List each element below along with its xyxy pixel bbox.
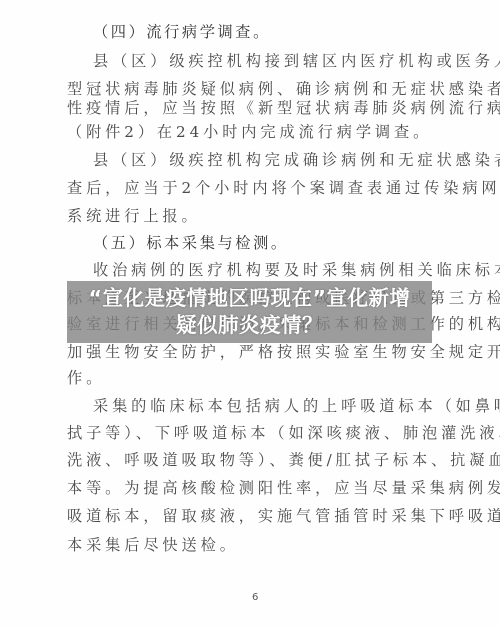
- paragraph-line: 收治病例的医疗机构要及时采集病例相关临床标本，尽快将: [93, 260, 445, 280]
- paragraph-line: 本等。为提高核酸检测阳性率，应当尽量采集病例发病早期的呼: [67, 478, 445, 498]
- paragraph-line: 吸道标本，留取痰液，实施气管插管时采集下呼吸道分泌物，标: [67, 506, 445, 526]
- paragraph-line: 洗液、呼吸道吸取物等）、粪便/肛拭子标本、抗凝血和血清标: [67, 450, 445, 470]
- paragraph-line: 本采集后尽快送检。: [67, 535, 445, 555]
- section-heading: （五）标本采集与检测。: [93, 233, 445, 253]
- paragraph-line: 作。: [67, 368, 445, 388]
- paragraph-line: 县（区）级疾控机构接到辖区内医疗机构或医务人员报告新: [93, 51, 445, 71]
- paragraph-line: 性疫情后，应当按照《新型冠状病毒肺炎病例流行病学调查方案》: [67, 98, 445, 118]
- paragraph-line: （附件2）在24小时内完成流行病学调查。: [67, 122, 445, 142]
- paragraph-line: 系统进行上报。: [67, 206, 445, 226]
- headline-title-line-1: “宣化是疫情地区吗现在”宣化新增: [67, 285, 432, 312]
- paragraph-line: 县（区）级疾控机构完成确诊病例和无症状感染者的个案调: [93, 150, 445, 170]
- paragraph-line: 查后，应当于2个小时内将个案调查表通过传染病网络报告信息: [67, 178, 445, 198]
- page-number: 6: [252, 592, 258, 603]
- section-heading: （四）流行病学调查。: [93, 22, 445, 42]
- paragraph-line: 拭子等）、下呼吸道标本（如深咳痰液、肺泡灌洗液、支气管灌: [67, 423, 445, 443]
- paragraph-line: 型冠状病毒肺炎疑似病例、确诊病例和无症状感染者，以及聚集: [67, 79, 445, 99]
- headline-overlay-banner: “宣化是疫情地区吗现在”宣化新增 疑似肺炎疫情？: [67, 281, 432, 343]
- headline-title-line-2: 疑似肺炎疫情？: [67, 312, 432, 339]
- paragraph-line: 采集的临床标本包括病人的上呼吸道标本（如鼻咽拭子、咽: [93, 396, 445, 416]
- headline-title: “宣化是疫情地区吗现在”宣化新增 疑似肺炎疫情？: [67, 285, 432, 339]
- paragraph-line: 加强生物安全防护，严格按照实验室生物安全规定开展检测工: [67, 342, 445, 362]
